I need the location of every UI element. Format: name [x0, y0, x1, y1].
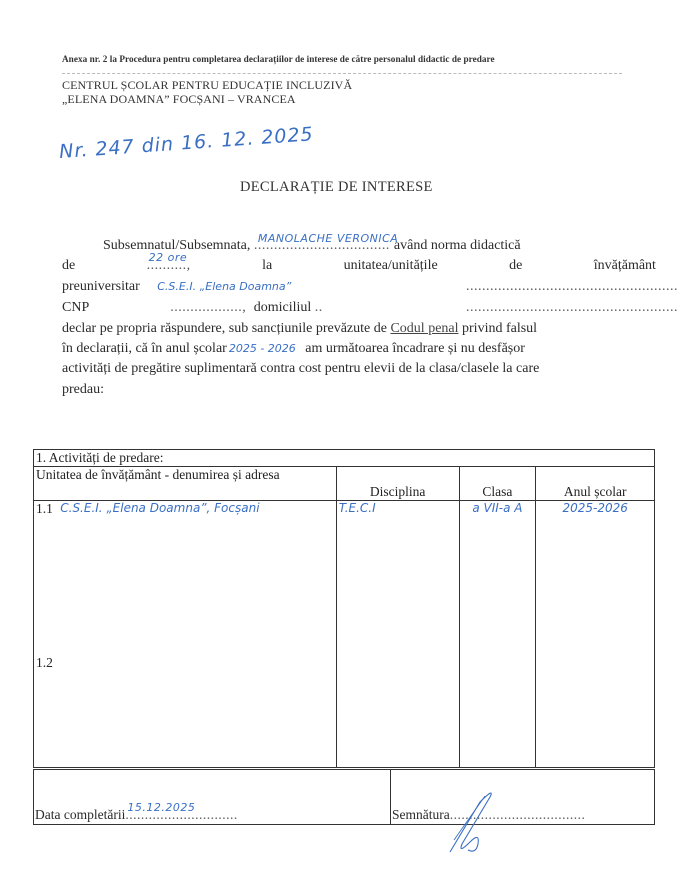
declaration-line-4: predau: [62, 382, 104, 398]
year-value: 2025-2026 [536, 501, 655, 768]
dotted-fill: ........................................… [466, 279, 677, 295]
header-discipline: Disciplina [336, 467, 459, 501]
school-name: C.S.E.I. „Elena Doamna” [157, 280, 291, 293]
row-number: 1.1 [36, 501, 53, 516]
discipline-value: T.E.C.I [336, 501, 459, 768]
signature-scribble [440, 782, 520, 862]
school-year-value: 2025 - 2026 [229, 342, 296, 355]
registration-number: Nr. 247 din 16. 12. 2025 [58, 123, 314, 163]
institution-name: CENTRUL ȘCOLAR PENTRU EDUCAȚIE INCLUZIVĂ [62, 78, 352, 93]
completion-date: Data completării.15.12.2025.............… [35, 807, 238, 823]
date-label: Data completării [35, 807, 125, 822]
text-la: la [262, 258, 272, 274]
norm-hours: 22 ore [149, 251, 188, 264]
norm-label: având norma didactică [394, 238, 521, 253]
text-de2: de [509, 258, 522, 274]
annex-heading: Anexa nr. 2 la Procedura pentru completa… [62, 54, 495, 64]
document-title: DECLARAȚIE DE INTERESE [240, 179, 433, 196]
header-divider [62, 73, 622, 74]
domicile-label: domiciliul [254, 300, 312, 315]
declaration-line-1: declar pe propria răspundere, sub sancți… [62, 321, 537, 337]
declarant-name: MANOLACHE VERONICA [258, 232, 398, 245]
cnp-line: CNP .................., domiciliul .. [62, 300, 323, 316]
text-preuniversitar: preuniversitar [62, 279, 140, 294]
declaration-line-3: activități de pregătire suplimentară con… [62, 361, 539, 377]
institution-city: „ELENA DOAMNA” FOCȘANI – VRANCEA [62, 92, 296, 107]
footer-divider [390, 770, 391, 824]
section-title: 1. Activități de predare: [34, 450, 655, 467]
school-year-line: în declarații, că în anul școlar2025 - 2… [62, 341, 525, 357]
date-value: 15.12.2025 [127, 801, 195, 814]
footer-row: Data completării.15.12.2025.............… [33, 769, 655, 825]
text-declar: declar pe propria răspundere, sub sancți… [62, 321, 387, 336]
text-unit: unitatea/unitățile [344, 258, 438, 274]
class-value: a VII-a A [459, 501, 536, 768]
header-unit: Unitatea de învățământ - denumirea și ad… [34, 467, 337, 501]
school-line: preuniversitar C.S.E.I. „Elena Doamna” [62, 279, 291, 295]
text-incadrare: am următoarea încadrare și nu desfășor [305, 341, 525, 356]
text-falsul: privind falsul [462, 321, 537, 336]
text-de: de [62, 258, 75, 274]
cnp-label: CNP [62, 300, 89, 315]
penal-code-link[interactable]: Codul penal [390, 321, 458, 336]
header-year: Anul școlar [536, 467, 655, 501]
teaching-activities-table: 1. Activități de predare: Unitatea de în… [33, 449, 655, 768]
text-invatamant: învățământ [594, 258, 656, 274]
text-an-scolar: în declarații, că în anul școlar [62, 341, 227, 356]
unit-value: C.S.E.I. „Elena Doamna”, Focșani [60, 501, 310, 515]
row-number: 1.2 [36, 655, 53, 671]
dotted-fill-2: ........................................… [466, 300, 677, 316]
unit-cell: 1.1 C.S.E.I. „Elena Doamna”, Focșani 1.2 [34, 501, 337, 768]
table-row: 1.1 C.S.E.I. „Elena Doamna”, Focșani 1.2… [34, 501, 655, 768]
header-class: Clasa [459, 467, 536, 501]
norm-line: de 22 ore.........., la unitatea/unități… [62, 258, 656, 274]
